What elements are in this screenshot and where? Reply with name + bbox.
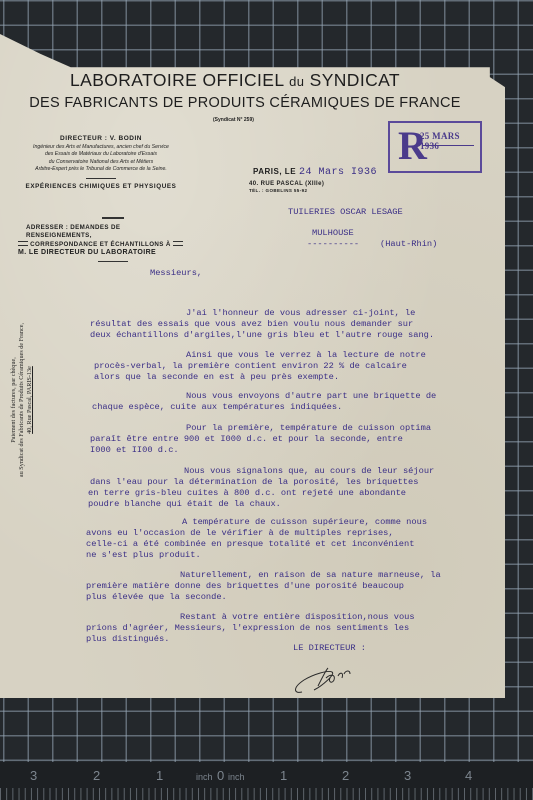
recipient-name: TUILERIES OSCAR LESAGE <box>288 207 403 218</box>
letter-date: 24 Mars I936 <box>299 167 377 178</box>
body-line: prions d'agréer, Messieurs, l'expression… <box>86 623 409 634</box>
director-desc-line: du Conservatoire National des Arts et Mé… <box>16 159 186 166</box>
ruler: 3 2 1 inch 0 inch 1 2 3 4 <box>0 762 533 800</box>
body-line: première matière donne des briquettes d'… <box>86 581 404 592</box>
body-line: Naturellement, en raison de sa nature ma… <box>180 570 441 581</box>
syndicat-number: (Syndicat N° 259) <box>213 117 254 123</box>
closing-label: LE DIRECTEUR : <box>293 643 366 654</box>
ruler-label: 0 <box>217 768 224 783</box>
city-label: PARIS, LE <box>253 167 296 176</box>
ruler-label: inch <box>196 772 213 782</box>
body-line: Restant à votre entière disposition,nous… <box>180 612 415 623</box>
ruler-label: 2 <box>93 768 100 783</box>
payment-footer: Paiement des factures, par chèque, au Sy… <box>10 280 34 520</box>
address-line: CORRESPONDANCE ET ÉCHANTILLONS À <box>18 241 188 250</box>
signature <box>292 660 362 705</box>
place-date-block: PARIS, LE24 Mars I936 40. RUE PASCAL (XI… <box>253 167 377 193</box>
recipient-dashes: ---------- <box>307 239 359 250</box>
ruler-label: 4 <box>465 768 472 783</box>
recipient-city: MULHOUSE <box>312 228 354 239</box>
body-line: Nous vous envoyons d'autre part une briq… <box>186 391 436 402</box>
body-line: alors que la seconde en est à peu près e… <box>94 372 339 383</box>
body-line: résultat des essais que vous avez bien v… <box>90 319 413 330</box>
experiences-label: EXPÉRIENCES CHIMIQUES ET PHYSIQUES <box>16 183 186 190</box>
ruler-label: 3 <box>30 768 37 783</box>
ornament-divider <box>98 261 128 262</box>
stamp-underline <box>422 145 474 146</box>
footer-line: 40, Rue Pascal, PARIS-13e <box>26 280 34 520</box>
body-line: plus distingués. <box>86 634 169 645</box>
ruler-ticks <box>0 788 533 800</box>
body-line: en terre gris-bleu cuites à 800 d.c. ont… <box>88 488 406 499</box>
ruler-label: inch <box>228 772 245 782</box>
salutation: Messieurs, <box>150 268 202 279</box>
ruler-label: 2 <box>342 768 349 783</box>
body-line: Nous vous signalons que, au cours de leu… <box>184 466 434 477</box>
body-line: avons eu l'occasion de le vérifier à de … <box>86 528 394 539</box>
ruler-label: 1 <box>280 768 287 783</box>
body-line: plus élevée que la seconde. <box>86 592 227 603</box>
body-line: chaque espèce, cuite aux températures in… <box>92 402 342 413</box>
body-line: procès-verbal, la première contient envi… <box>94 361 407 372</box>
stamp-date: 25 MARS 1936 <box>420 131 480 151</box>
body-line: celle-ci a été combinée en presque total… <box>86 539 414 550</box>
body-line: poudre blanche qui était de la chaux. <box>88 499 281 510</box>
director-block: DIRECTEUR : V. BODIN Ingénieur des Arts … <box>16 135 186 190</box>
title-part: LABORATOIRE OFFICIEL <box>70 70 284 90</box>
body-line: I000 et II00 d.c. <box>90 445 179 456</box>
body-line: A température de cuisson supérieure, com… <box>182 517 427 528</box>
director-label: DIRECTEUR : V. BODIN <box>16 135 186 142</box>
signature-icon <box>292 660 362 700</box>
street-address: 40. RUE PASCAL (XIIIe) <box>249 181 377 187</box>
ruler-label: 1 <box>156 768 163 783</box>
title-part: SYNDICAT <box>310 70 400 90</box>
director-description: Ingénieur des Arts et Manufactures, anci… <box>16 144 186 173</box>
body-line: Ainsi que vous le verrez à la lecture de… <box>186 350 426 361</box>
body-line: paraît être entre 900 et I000 d.c. et po… <box>90 434 403 445</box>
address-line: M. LE DIRECTEUR DU LABORATOIRE <box>18 249 188 258</box>
divider <box>102 217 124 219</box>
footer-line: au Syndicat des Fabricants de Produits C… <box>18 280 26 520</box>
recipient-region: (Haut-Rhin) <box>380 239 437 250</box>
place-date: PARIS, LE24 Mars I936 <box>253 167 377 178</box>
director-desc-line: des Essais de Matériaux du Laboratoire d… <box>16 151 186 158</box>
double-rule-icon <box>173 241 183 246</box>
director-desc-line: Arbitre-Expert près le Tribunal de Comme… <box>16 166 186 173</box>
body-line: deux échantillons d'argiles,l'une gris b… <box>90 330 434 341</box>
footer-line: Paiement des factures, par chèque, <box>10 280 18 520</box>
address-line: ADRESSER : DEMANDES DE RENSEIGNEMENTS, <box>18 224 188 241</box>
body-line: Pour la première, température de cuisson… <box>186 423 431 434</box>
title-du: du <box>289 74 304 89</box>
body-line: dans l'eau pour la détermination de la p… <box>90 477 418 488</box>
letterhead-title: LABORATOIRE OFFICIEL du SYNDICAT <box>0 70 470 91</box>
body-line: J'ai l'honneur de vous adresser ci-joint… <box>186 308 415 319</box>
double-rule-icon <box>18 241 28 246</box>
letterhead-subtitle: DES FABRICANTS DE PRODUITS CÉRAMIQUES DE… <box>20 95 470 111</box>
director-desc-line: Ingénieur des Arts et Manufactures, anci… <box>16 144 186 151</box>
phone-number: TÉL. : GOBELINS 55-92 <box>249 188 377 193</box>
ruler-label: 3 <box>404 768 411 783</box>
ornament-divider <box>86 178 116 179</box>
body-line: ne s'est plus produit. <box>86 550 201 561</box>
address-block: ADRESSER : DEMANDES DE RENSEIGNEMENTS, C… <box>18 217 188 262</box>
received-stamp: R 25 MARS 1936 <box>388 121 482 173</box>
address-line-text: CORRESPONDANCE ET ÉCHANTILLONS À <box>30 241 171 248</box>
